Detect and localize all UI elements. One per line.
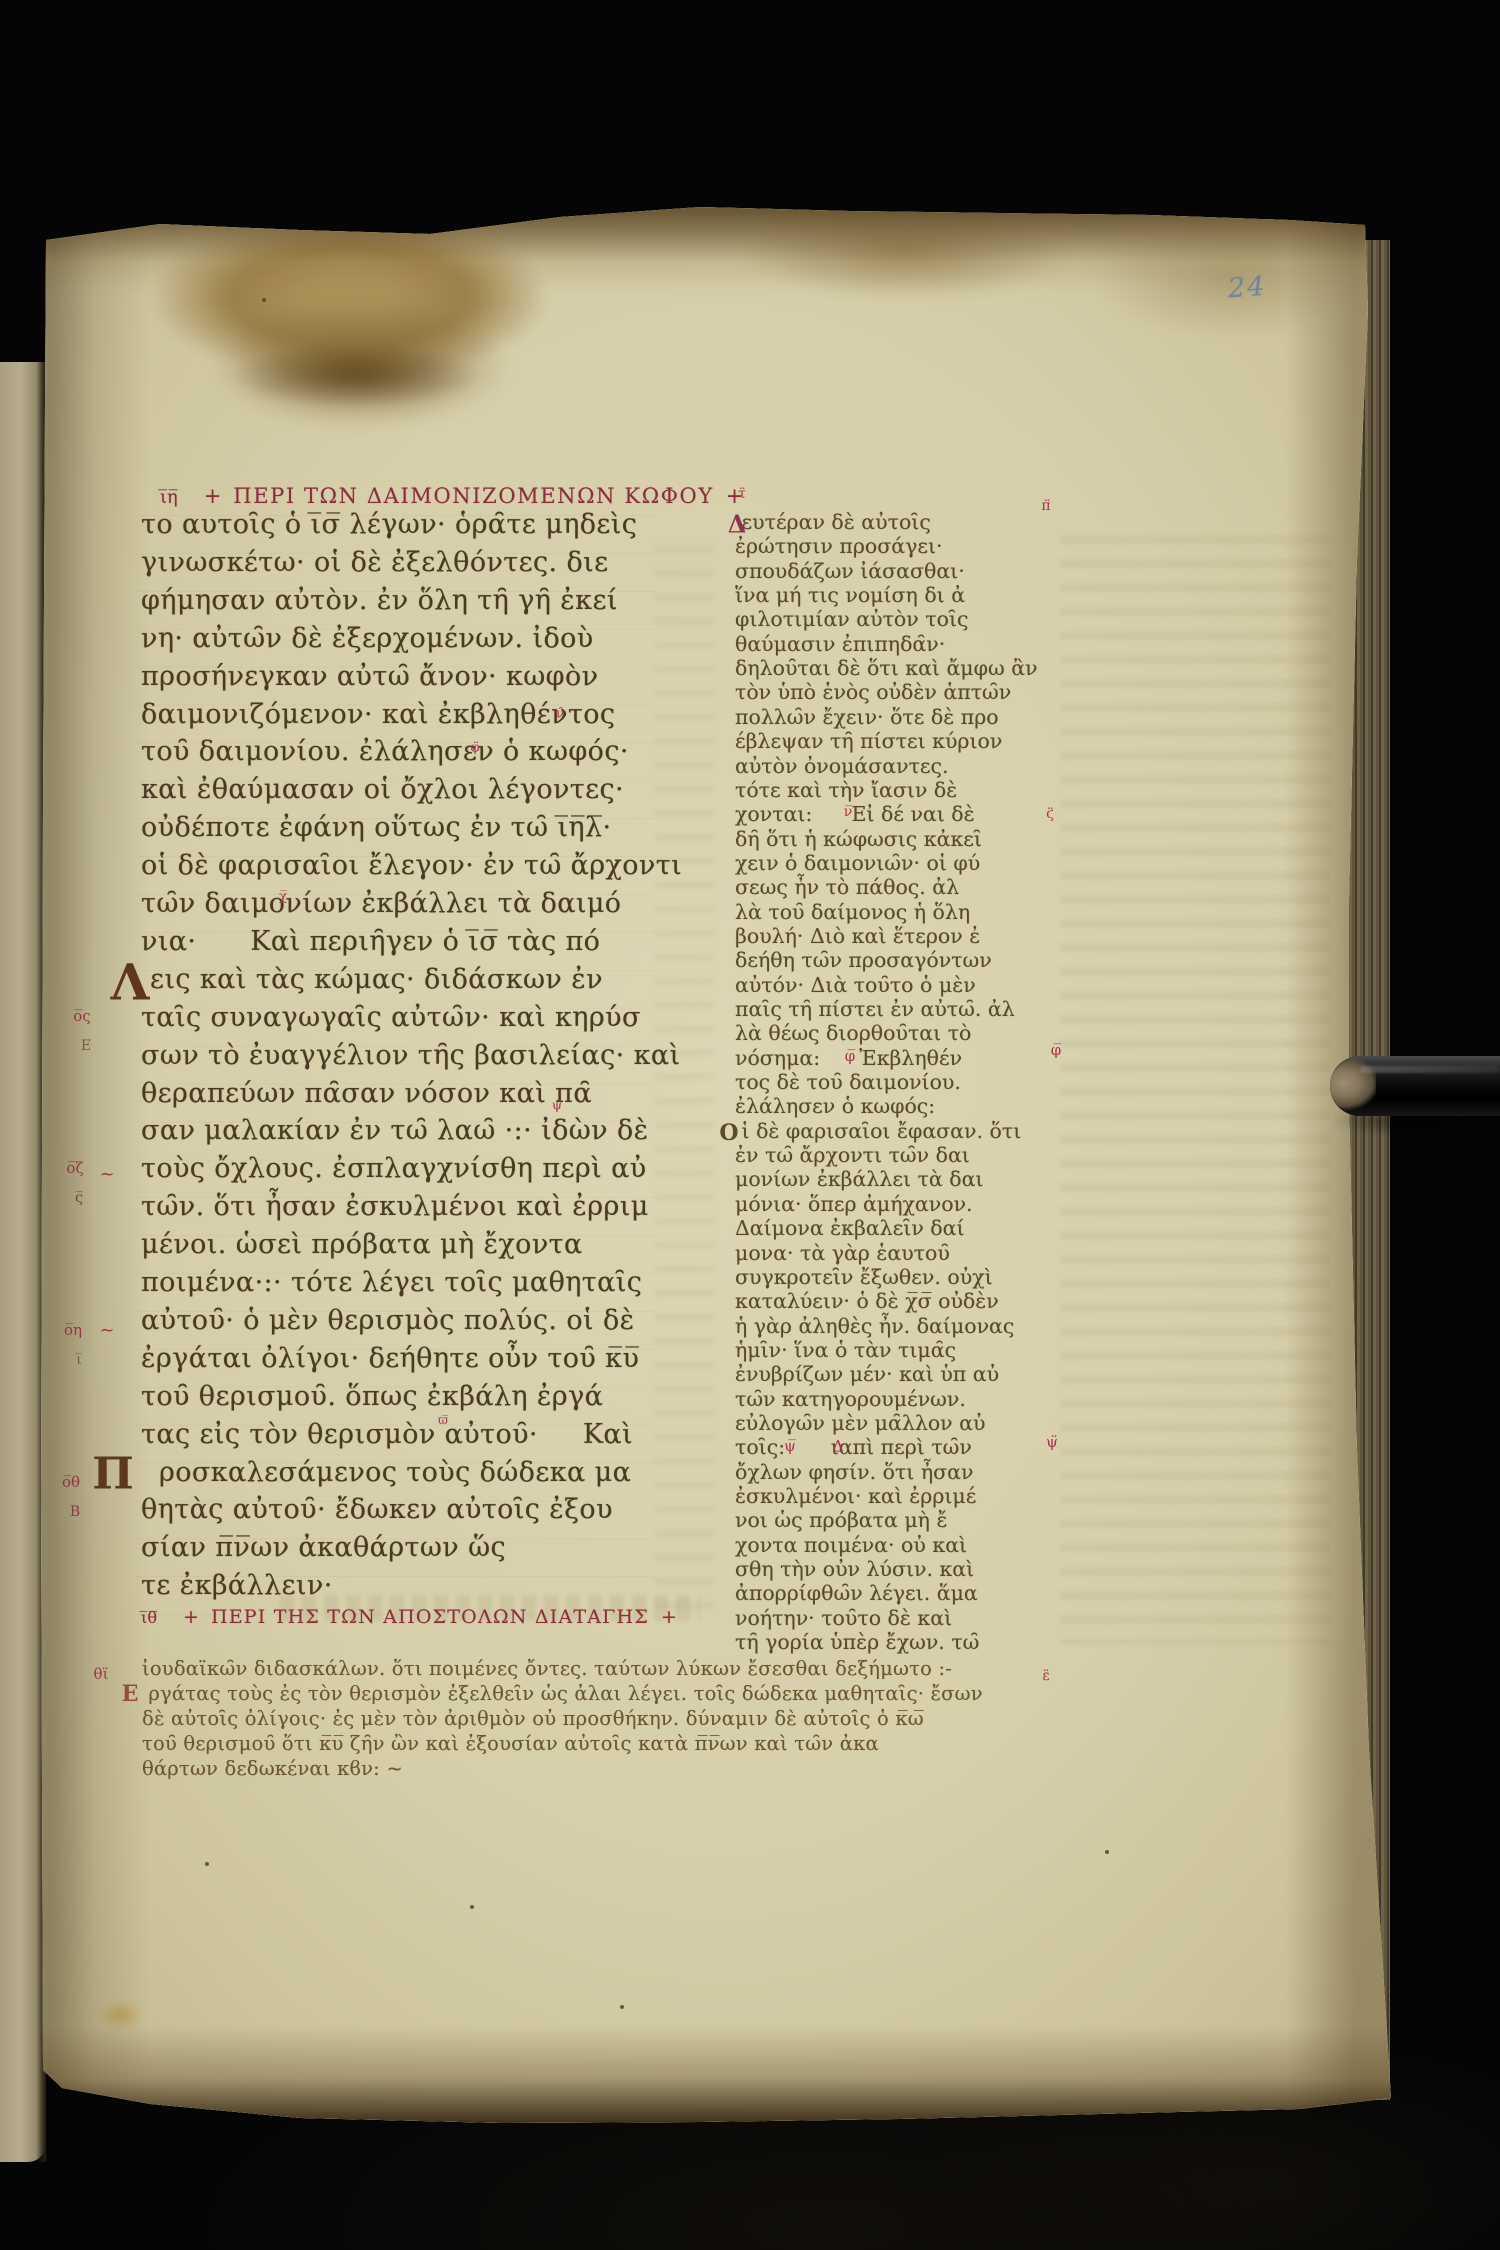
text-line: ἐν τω̑ ἄρχοντι τω̑ν δαι xyxy=(735,1143,970,1167)
margin-mark: ϖ̅ xyxy=(438,1413,448,1427)
margin-mark: φ̈ xyxy=(470,741,479,756)
text-line: δεήθη τω̑ν προσαγόντων xyxy=(735,948,992,972)
margin-mark: Δ xyxy=(832,1437,844,1456)
text-line: φήμησαν αὐτὸν. ἐν ὅλη τη̑ γη̑ ἐκεί xyxy=(141,582,618,620)
margin-mark: ~ xyxy=(99,1320,114,1341)
margin-mark: ~ xyxy=(99,1164,114,1185)
text-line: οὐδέποτε ἐφάνη οὕτως ἐν τω̑ ι̅η̅λ̅· xyxy=(141,809,611,847)
decorated-initial: Δ xyxy=(728,510,747,539)
text-line: του̑ θερισμου̑. ὅπως ἐκβάλη ἐργά xyxy=(141,1378,603,1416)
text-line: καταλύειν· ὁ δὲ χ̅σ̅ οὐδὲν xyxy=(735,1289,999,1313)
text-line: σπουδάζων ἰάσασθαι· xyxy=(735,559,965,583)
chapter-heading-18: ι̅η̅ + ΠΕΡΙ ΤΩΝ ΔΑΙΜΟΝΙΖΟΜΕΝΩΝ ΚΩΦΟΥ + xyxy=(160,484,755,508)
water-stain-rim xyxy=(190,330,520,420)
text-line: ἱ δὲ φαρισαι̑οι ἔφασαν. ὅτι xyxy=(735,1119,1021,1143)
text-line: του̑ δαιμονίου. ἐλάλησεν ὁ κωφός· xyxy=(141,733,629,771)
text-line: σθη τὴν οὐν λύσιν. καὶ xyxy=(735,1557,974,1581)
text-line: βουλή· Διὸ καὶ ἕτερον ἐ xyxy=(735,924,980,948)
text-line: θητὰς αὐτου̑· ἔδωκεν αὐτοι̑ς ἐξου xyxy=(141,1491,613,1529)
ink-speck xyxy=(620,2005,624,2009)
margin-mark: π̈ xyxy=(1041,498,1050,514)
text-line: τω̑ν κατηγορουμένων. xyxy=(735,1387,966,1411)
margin-mark: φ̅ xyxy=(1051,1041,1062,1059)
cross-icon: + xyxy=(661,1606,677,1628)
text-line: τος δὲ του̑ δαιμονίου. xyxy=(735,1070,961,1094)
text-line: ργάτας τοὺς ἐς τὸν θερισμὸν ἐξελθει̑ν ὡς… xyxy=(142,1681,983,1706)
top-right-stain xyxy=(740,205,1070,300)
margin-mark: ψ̅ xyxy=(784,1437,796,1455)
text-line: ται̑ς συναγωγαι̑ς αὐτω̑ν· καὶ κηρύσ xyxy=(141,999,641,1037)
text-line: ευτέραν δὲ αὐτοι̑ς xyxy=(735,510,931,534)
decorated-initial: Λ xyxy=(111,953,150,1012)
text-line: ἐσκυλμένοι· καὶ ἐρριμέ xyxy=(735,1484,976,1508)
text-line: νοι ὡς πρόβατα μὴ ἔ xyxy=(735,1508,947,1532)
margin-mark: Ε̅ xyxy=(81,1038,91,1054)
text-line: τας εἰς τὸν θερισμὸν αὐτου̑· Καὶ xyxy=(141,1416,633,1454)
margin-mark: ς̅ xyxy=(75,1190,83,1206)
commentary-footer-block: ἰουδαϊκω̑ν διδασκάλων. ὅτι ποιμένες ὄντε… xyxy=(142,1656,1002,1786)
text-line: τὸν ὑπὸ ἑνὸς οὐδὲν ἁπτω̑ν xyxy=(735,680,1011,704)
text-line: θαύμασιν ἐπιπηδα̑ν· xyxy=(735,632,945,656)
text-line: μονίων ἐκβάλλει τὰ δαι xyxy=(735,1167,983,1191)
text-line: τη̑ γορία ὑπὲρ ἔχων. τω̑ xyxy=(735,1630,979,1654)
text-line: εις καὶ τὰς κώμας· διδάσκων ἐν xyxy=(141,961,603,999)
text-line: το αυτοι̑ς ὁ ι̅σ̅ λέγων· ὁρα̑τε μηδεὶς xyxy=(141,506,637,544)
margin-mark: ο̅ζ xyxy=(66,1159,83,1177)
text-line: ὄχλων φησίν. ὅτι ἦσαν xyxy=(735,1460,973,1484)
text-line: μονα· τὰ γὰρ ἑαυτου̑ xyxy=(735,1241,950,1265)
margin-mark: ο̅η xyxy=(64,1321,82,1339)
text-line: σεως ἦν τὸ πάθος. ἀλ xyxy=(735,875,959,899)
decorated-initial: Ο xyxy=(719,1120,738,1146)
text-line: ποιμένα·:· τότε λέγει τοι̑ς μαθηται̑ς xyxy=(141,1264,642,1302)
ink-speck xyxy=(1105,1850,1109,1854)
margin-mark: ε̈ xyxy=(1042,1668,1049,1684)
decorated-initial: Π xyxy=(92,1449,134,1500)
margin-mark: ϛ̈ xyxy=(1046,806,1054,822)
text-line: οἱ δὲ φαρισαι̑οι ἔλεγον· ἐν τω̑ ἄρχοντι xyxy=(141,847,682,885)
chapter-number: ι̅η̅ xyxy=(160,487,178,508)
text-line: τω̑ν. ὅτι ἦσαν ἐσκυλμένοι καὶ ἐρριμ xyxy=(141,1188,649,1226)
text-line: σίαν π̅ν̅ων ἀκαθάρτων ὥς xyxy=(141,1529,506,1567)
text-line: σαν μαλακίαν ἐν τω̑ λαω̑ ·:· ἰδὼν δὲ xyxy=(141,1112,648,1150)
margin-mark: ν̑ xyxy=(556,707,564,722)
chapter-title: ΠΕΡΙ ΤΩΝ ΔΑΙΜΟΝΙΖΟΜΕΝΩΝ ΚΩΦΟΥ xyxy=(233,484,714,508)
text-line: πολλω̑ν ἔχειν· ὅτε δὲ προ xyxy=(735,705,999,729)
text-line: ἀπορρίφθω̑ν λέγει. ἅμα xyxy=(735,1581,978,1605)
text-line: εὐλογω̑ν μὲν μα̑λλον αὐ xyxy=(735,1411,985,1435)
margin-mark: ο̅ς xyxy=(73,1007,90,1025)
text-line: θάρτων δεδωκέναι κϐν: ~ xyxy=(142,1756,403,1781)
text-line: δηλου̑ται δὲ ὅτι καὶ ἄμφω ἂν xyxy=(735,656,1038,680)
ink-speck xyxy=(470,1905,474,1909)
text-line: θεραπεύων πα̑σαν νόσον καὶ πα̑ xyxy=(141,1075,592,1113)
gospel-text-column: το αυτοι̑ς ὁ ι̅σ̅ λέγων· ὁρα̑τε μηδεὶςγι… xyxy=(141,506,661,1636)
text-line: καὶ ἐθαύμασαν οἱ ὄχλοι λέγοντες· xyxy=(141,771,624,809)
text-line: παι̑ς τη̑ πίστει ἐν αὐτω̑. ἀλ xyxy=(735,997,1015,1021)
text-line: αὐτόν· Διὰ του̑το ὁ μὲν xyxy=(735,973,976,997)
folio-number: 24 xyxy=(1227,271,1267,305)
margin-mark: τ̈ xyxy=(738,486,746,502)
margin-mark: ψ̈ xyxy=(1046,1433,1058,1451)
text-line: δαιμονιζόμενον· καὶ ἐκβληθέντος xyxy=(141,696,615,734)
margin-mark: ο̅θ xyxy=(62,1473,80,1491)
text-line: συγκροτει̑ν ἔξωθεν. οὐχὶ xyxy=(735,1265,993,1289)
margin-mark: θϊ xyxy=(94,1665,109,1683)
rod-highlight xyxy=(1360,1066,1500,1073)
text-line: έβλεψαν τη̑ πίστει κύριον xyxy=(735,729,1002,753)
text-line: αὐτὸν ὀνομάσαντες. xyxy=(735,754,949,778)
text-line: νη· αὐτω̑ν δὲ ἐξερχομένων. ἰδοὺ xyxy=(141,620,594,658)
text-line: μόνια· ὅπερ ἀμήχανον. xyxy=(735,1192,973,1216)
text-line: λὰ θέως διορθου̑ται τὸ xyxy=(735,1021,971,1045)
text-line: νια· Καὶ περιη̑γεν ὁ ι̅σ̅ τὰς πό xyxy=(141,923,600,961)
text-line: τοι̑ς: ιαπὶ περὶ τω̑ν xyxy=(735,1435,972,1459)
text-line: χονται: Εἰ δέ ναι δὲ xyxy=(735,802,975,826)
text-line: ἡμι̑ν· ἵνα ὁ τὰν τιμα̑ς xyxy=(735,1338,956,1362)
text-line: δη̑ ὅτι ἡ κώφωσις κἀκει̑ xyxy=(735,827,982,851)
text-line: τω̑ν δαιμονίων ἐκβάλλει τὰ δαιμό xyxy=(141,885,621,923)
verso-show-through xyxy=(1060,535,1330,1645)
text-line: ροσκαλεσάμενος τοὺς δώδεκα μα xyxy=(141,1454,631,1492)
text-line: ἐλάλησεν ὁ κωφός: xyxy=(735,1094,935,1118)
text-line: τοὺς ὄχλους. ἐσπλαγχνίσθη περὶ αὐ xyxy=(141,1150,647,1188)
text-line: ἡ γὰρ ἀληθὲς ἦν. δαίμονας xyxy=(735,1314,1014,1338)
margin-mark: Β xyxy=(70,1504,80,1520)
text-line: γινωσκέτω· οἱ δὲ ἐξελθόντες. διε xyxy=(141,544,609,582)
text-line: τότε καὶ τὴν ἴασιν δὲ xyxy=(735,778,957,802)
text-line: αὐτου̑· ὁ μὲν θερισμὸς πολύς. οἱ δὲ xyxy=(141,1302,635,1340)
text-line: νοήτην· του̑το δὲ καὶ xyxy=(735,1606,952,1630)
text-line: του̑ θερισμου̑ ὅτι κ̅υ̅ ζη̑ν ὢν καὶ ἐξου… xyxy=(142,1731,879,1756)
margin-mark: ν̅ xyxy=(844,804,853,820)
text-line: λὰ του̑ δαίμονος ἡ ὅλη xyxy=(735,900,970,924)
text-line: ἵνα μή τις νομίση δι ἀ xyxy=(735,583,965,607)
commentary-column: ευτέραν δὲ αὐτοι̑ςἐρώτησιν προσάγει·σπου… xyxy=(735,510,1035,1670)
text-line: φιλοτιμίαν αὐτὸν τοι̑ς xyxy=(735,607,968,631)
text-line: ἰουδαϊκω̑ν διδασκάλων. ὅτι ποιμένες ὄντε… xyxy=(142,1656,952,1681)
text-line: χειν ὁ δαιμονιω̑ν· οἱ φύ xyxy=(735,851,980,875)
text-line: δὲ αὐτοι̑ς ὀλίγοις· ἐς μὲν τὸν ἀριθμὸν ο… xyxy=(142,1706,924,1731)
margin-mark: ψ̈ xyxy=(552,1099,562,1114)
margin-mark: χ̅ xyxy=(279,890,287,905)
facing-page-edge xyxy=(0,362,46,2162)
margin-mark: φ̅ xyxy=(845,1047,856,1065)
ink-speck xyxy=(205,1862,209,1866)
text-line: προσήνεγκαν αὐτω̑ ἄνον· κωφὸν xyxy=(141,658,598,696)
yellow-spot xyxy=(100,2000,142,2030)
text-line: ἐρώτησιν προσάγει· xyxy=(735,534,943,558)
margin-mark: ι̅ xyxy=(76,1352,82,1368)
text-line: ἐνυβρίζων μέν· καὶ ὑπ αὐ xyxy=(735,1362,999,1386)
manuscript-page: 24 ι̅η̅ + ΠΕΡΙ ΤΩΝ ΔΑΙΜΟΝΙΖΟΜΕΝΩΝ ΚΩΦΟΥ … xyxy=(0,0,1500,2250)
verso-show-through xyxy=(655,545,715,1625)
text-line: ἐργάται ὀλίγοι· δεήθητε οὖν του̑ κ̅υ̅ xyxy=(141,1340,639,1378)
text-line: τε ἐκβάλλειν· xyxy=(141,1567,333,1605)
text-line: μένοι. ὡσεὶ πρόβατα μὴ ἔχοντα xyxy=(141,1226,583,1264)
decorated-initial: Ε xyxy=(122,1681,139,1707)
ink-speck xyxy=(262,298,266,302)
text-line: Δαίμονα ἐκβαλει̑ν δαί xyxy=(735,1216,965,1240)
text-line: σων τὸ ἐυαγγέλιον τη̑ς βασιλείας· καὶ xyxy=(141,1037,681,1075)
cross-icon: + xyxy=(204,484,222,508)
text-line: χοντα ποιμένα· οὐ καὶ xyxy=(735,1533,967,1557)
